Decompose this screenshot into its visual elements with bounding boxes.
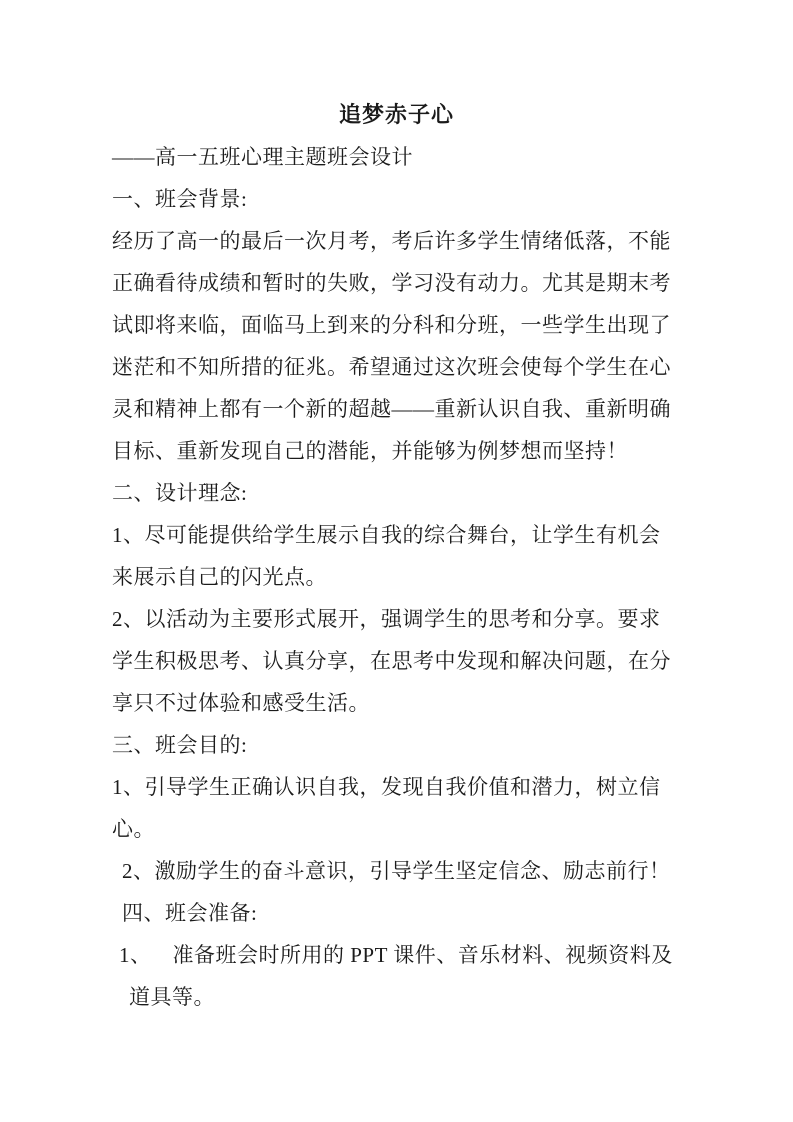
document-subtitle: ——高一五班心理主题班会设计 [112,136,681,178]
list-item-continuation: 学生积极思考、认真分享，在思考中发现和解决问题，在分 [112,640,681,682]
list-item-line: 2、以活动为主要形式展开，强调学生的思考和分享。要求 [112,598,681,640]
list-item-line: 1、准备班会时所用的 PPT 课件、音乐材料、视频资料及 [112,934,681,976]
paragraph-line: 正确看待成绩和暂时的失败，学习没有动力。尤其是期末考 [112,262,681,304]
document-title: 追梦赤子心 [112,94,681,136]
list-item-line: 2、激励学生的奋斗意识，引导学生坚定信念、励志前行！ [112,850,681,892]
list-item-text: 准备班会时所用的 PPT 课件、音乐材料、视频资料及 [173,943,673,967]
section-heading-1: 一、班会背景: [112,178,681,220]
section-heading-2: 二、设计理念: [112,472,681,514]
section-heading-3: 三、班会目的: [112,724,681,766]
paragraph-line: 经历了高一的最后一次月考，考后许多学生情绪低落，不能 [112,220,681,262]
paragraph-line: 试即将来临，面临马上到来的分科和分班，一些学生出现了 [112,304,681,346]
document-page: 追梦赤子心 ——高一五班心理主题班会设计 一、班会背景: 经历了高一的最后一次月… [0,0,793,1122]
paragraph-line: 迷茫和不知所措的征兆。希望通过这次班会使每个学生在心 [112,346,681,388]
list-item-marker: 1、 [119,943,152,967]
list-item-continuation: 享只不过体验和感受生活。 [112,682,681,724]
list-item-continuation: 道具等。 [112,976,681,1018]
paragraph-line: 目标、重新发现自己的潜能，并能够为例梦想而坚持！ [112,430,681,472]
section-heading-4: 四、班会准备: [112,892,681,934]
list-item-line: 1、引导学生正确认识自我，发现自我价值和潜力，树立信 [112,766,681,808]
list-item-continuation: 来展示自己的闪光点。 [112,556,681,598]
paragraph-line: 灵和精神上都有一个新的超越——重新认识自我、重新明确 [112,388,681,430]
list-item-continuation: 心。 [112,808,681,850]
document-body: 追梦赤子心 ——高一五班心理主题班会设计 一、班会背景: 经历了高一的最后一次月… [0,0,793,1018]
list-item-line: 1、尽可能提供给学生展示自我的综合舞台，让学生有机会 [112,514,681,556]
